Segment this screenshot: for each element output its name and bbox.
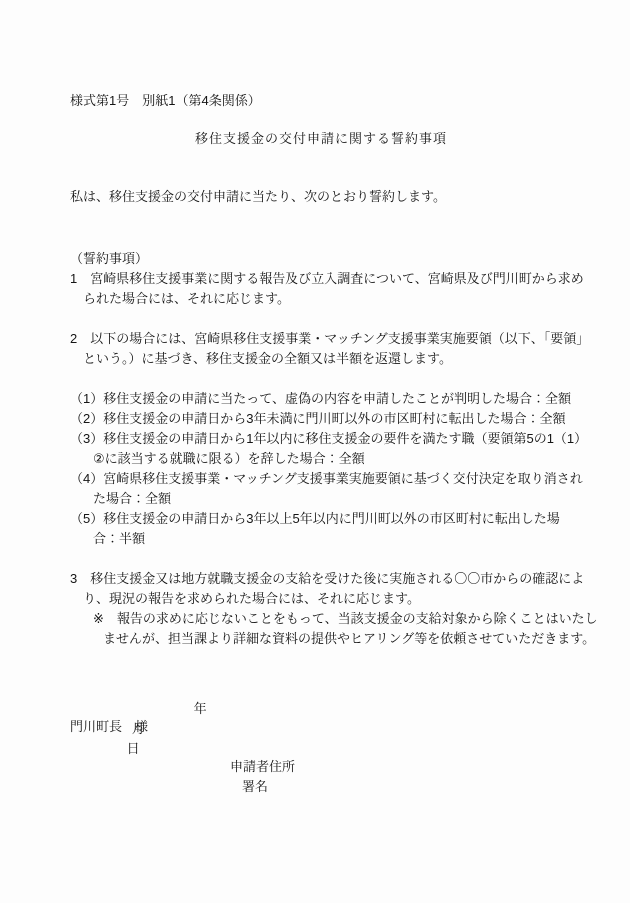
document-line xyxy=(70,369,572,389)
document-line: 1 宮崎県移住支援事業に関する報告及び立入調査について、宮崎県及び門川町から求め xyxy=(70,269,572,289)
document-line: 3 移住支援金又は地方就職支援金の支給を受けた後に実施される〇〇市からの確認によ xyxy=(70,569,572,589)
document-line: ませんが、担当課より詳細な資料の提供やヒアリング等を依頼させていただきます。 xyxy=(70,629,572,649)
form-number-label: 様式第1号 別紙1（第4条関係） xyxy=(70,91,572,111)
document-line xyxy=(70,309,572,329)
document-line: （2）移住支援金の申請日から3年未満に門川町以外の市区町村に転出した場合：全額 xyxy=(70,409,572,429)
document-line: （4）宮崎県移住支援事業・マッチング支援事業実施要領に基づく交付決定を取り消され xyxy=(70,469,572,489)
date-day-label: 日 xyxy=(127,739,140,759)
addressee-label: 門川町長 様 xyxy=(70,717,572,737)
document-line: （1）移住支援金の申請に当たって、虚偽の内容を申請したことが判明した場合：全額 xyxy=(70,389,572,409)
document-line: られた場合には、それに応じます。 xyxy=(70,289,572,309)
document-line: 2 以下の場合には、宮崎県移住支援事業・マッチング支援事業実施要領（以下、「要領… xyxy=(70,329,572,349)
date-line: 年 月 日 xyxy=(70,679,572,699)
document-page: 様式第1号 別紙1（第4条関係） 移住支援金の交付申請に関する誓約事項 私は、移… xyxy=(0,0,630,903)
intro-sentence: 私は、移住支援金の交付申請に当たり、次のとおり誓約します。 xyxy=(70,187,572,207)
document-line: ②に該当する就職に限る）を辞した場合：全額 xyxy=(70,449,572,469)
pledge-document: 様式第1号 別紙1（第4条関係） 移住支援金の交付申請に関する誓約事項 私は、移… xyxy=(70,91,572,797)
applicant-address-label: 申請者住所 xyxy=(70,757,572,777)
signature-label: 署名 xyxy=(70,777,572,797)
document-line: （誓約事項） xyxy=(70,249,572,269)
document-line: ※ 報告の求めに応じないことをもって、当該支援金の支給対象から除くことはいたし xyxy=(70,609,572,629)
document-line: （3）移住支援金の申請日から1年以内に移住支援金の要件を満たす職（要領第5の1（… xyxy=(70,429,572,449)
document-line xyxy=(70,549,572,569)
document-line: という。）に基づき、移住支援金の全額又は半額を返還します。 xyxy=(70,349,572,369)
document-line: （5）移住支援金の申請日から3年以上5年以内に門川町以外の市区町村に転出した場 xyxy=(70,509,572,529)
document-line: た場合：全額 xyxy=(70,489,572,509)
pledge-body: （誓約事項）1 宮崎県移住支援事業に関する報告及び立入調査について、宮崎県及び門… xyxy=(70,249,572,649)
document-line: 合：半額 xyxy=(70,529,572,549)
date-year-label: 年 xyxy=(194,699,207,719)
document-title: 移住支援金の交付申請に関する誓約事項 xyxy=(70,129,572,149)
document-line: り、現況の報告を求められた場合には、それに応じます。 xyxy=(70,589,572,609)
